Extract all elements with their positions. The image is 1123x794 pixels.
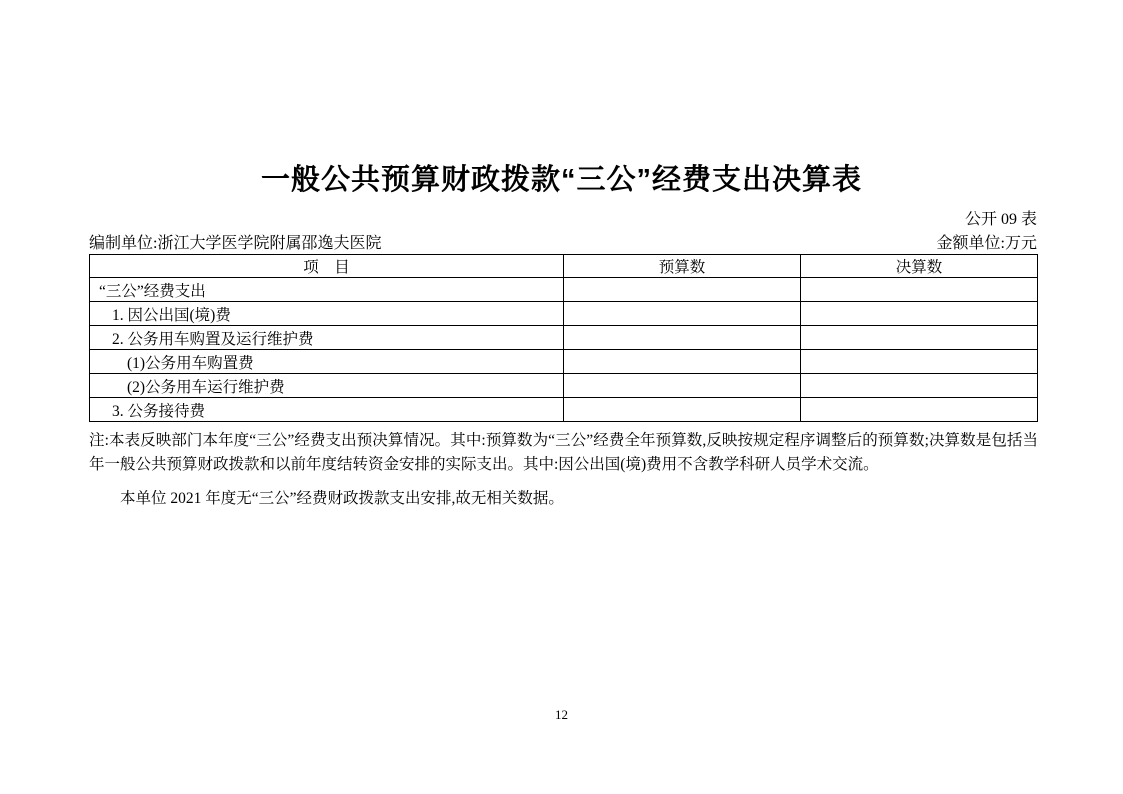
budget-table: 项 目 预算数 决算数 “三公”经费支出 1. 因公出国(境)费 2. 公务用车… (89, 254, 1038, 422)
item-cell: “三公”经费支出 (90, 278, 564, 302)
table-code-label: 公开 09 表 (89, 206, 1037, 229)
table-row: “三公”经费支出 (90, 278, 1038, 302)
table-row: 3. 公务接待费 (90, 398, 1038, 422)
page-number: 12 (0, 707, 1123, 723)
col-header-item: 项 目 (90, 255, 564, 278)
final-cell (801, 278, 1038, 302)
no-data-statement: 本单位 2021 年度无“三公”经费财政拨款支出安排,故无相关数据。 (89, 486, 1038, 508)
col-header-budget: 预算数 (564, 255, 801, 278)
table-row: 2. 公务用车购置及运行维护费 (90, 326, 1038, 350)
item-cell: 1. 因公出国(境)费 (90, 302, 564, 326)
item-cell: (1)公务用车购置费 (90, 350, 564, 374)
final-cell (801, 350, 1038, 374)
table-row: (1)公务用车购置费 (90, 350, 1038, 374)
prepared-by-label: 编制单位:浙江大学医学院附属邵逸夫医院 (89, 230, 381, 253)
meta-row: 编制单位:浙江大学医学院附属邵逸夫医院 金额单位:万元 (89, 230, 1037, 253)
item-cell: 2. 公务用车购置及运行维护费 (90, 326, 564, 350)
page-title: 一般公共预算财政拨款“三公”经费支出决算表 (0, 157, 1123, 198)
budget-cell (564, 278, 801, 302)
col-header-final: 决算数 (801, 255, 1038, 278)
final-cell (801, 326, 1038, 350)
table-row: 1. 因公出国(境)费 (90, 302, 1038, 326)
budget-cell (564, 398, 801, 422)
budget-cell (564, 302, 801, 326)
item-cell: 3. 公务接待费 (90, 398, 564, 422)
budget-cell (564, 374, 801, 398)
document-page: 一般公共预算财政拨款“三公”经费支出决算表 公开 09 表 编制单位:浙江大学医… (0, 0, 1123, 794)
budget-cell (564, 326, 801, 350)
item-cell: (2)公务用车运行维护费 (90, 374, 564, 398)
final-cell (801, 398, 1038, 422)
table-header-row: 项 目 预算数 决算数 (90, 255, 1038, 278)
final-cell (801, 374, 1038, 398)
final-cell (801, 302, 1038, 326)
amount-unit-label: 金额单位:万元 (937, 230, 1037, 253)
note-text: 注:本表反映部门本年度“三公”经费支出预决算情况。其中:预算数为“三公”经费全年… (89, 429, 1038, 476)
budget-cell (564, 350, 801, 374)
table-row: (2)公务用车运行维护费 (90, 374, 1038, 398)
